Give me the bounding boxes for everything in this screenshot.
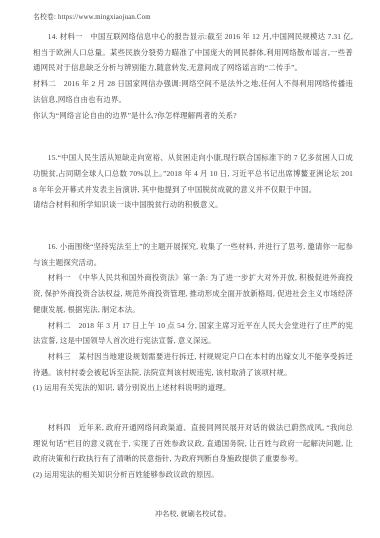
answer-space-q14 — [33, 123, 353, 150]
question-16-material-3: 材料三 某村因当地建设规划需要进行拆迁, 村规规定户口在本村的出嫁女儿不能享受拆… — [33, 349, 353, 380]
question-16-intro: 16. 小南围绕“坚持宪法至上”的主题开展探究, 收集了一些材料, 并进行了思考… — [33, 239, 353, 270]
footer-slogan: 冲名校, 就刷名校试卷。 — [33, 507, 353, 523]
answer-space-q16-1 — [33, 396, 353, 420]
answer-space-q15 — [33, 213, 353, 239]
question-14-material-2: 材料二 2016 年 2 月 28 日国家网信办强调:网络空间不是法外之地,任何… — [33, 76, 353, 107]
question-16-subquestion-2: (2) 运用宪法的相关知识分析百姓能够参政议政的原因。 — [33, 467, 353, 483]
question-16-subquestion-1: (1) 运用有关宪法的知识, 请分别说出上述材料说明的道理。 — [33, 380, 353, 396]
question-14-material-1: 14. 材料一 中国互联网络信息中心的报告显示:截至 2016 年 12 月,中… — [33, 29, 353, 76]
question-15-body: 15.“中国人民生活从短缺走向宽裕、从贫困走向小康,现行联合国标准下的 7 亿多… — [33, 150, 353, 197]
question-16-material-4: 材料四 近年来, 政府开通网络问政渠道、直接同网民展开对话的做法已蔚然成风, “… — [33, 420, 353, 467]
site-watermark: 名校卷: https://www.mingxiaojuan.Com — [33, 13, 353, 23]
question-15-prompt: 请结合材料和所学知识谈一谈中国脱贫行动的积极意义。 — [33, 197, 353, 213]
question-16-material-1: 材料一 《中华人民共和国外商投资法》第一条: 为了进一步扩大对外开放, 积极促进… — [33, 270, 353, 317]
question-14-prompt: 你认为“网络言论自由的边界”是什么?你怎样理解两者的关系? — [33, 108, 353, 124]
exam-page: 名校卷: https://www.mingxiaojuan.Com 14. 材料… — [0, 0, 380, 538]
question-16-material-2: 材料二 2018 年 3 月 17 日上午 10 点 54 分, 国家主席习近平… — [33, 318, 353, 349]
